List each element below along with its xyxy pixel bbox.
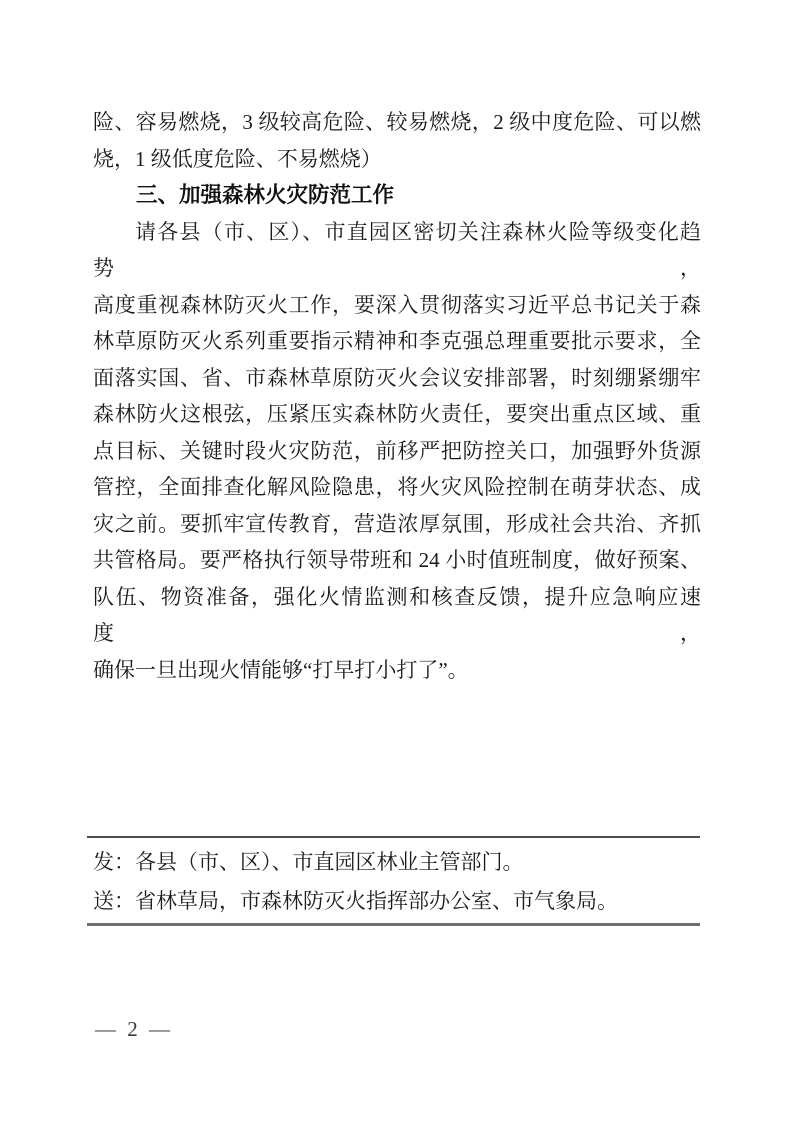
section-heading: 三、加强森林火灾防范工作	[93, 177, 701, 214]
footer-bottom-rule	[87, 923, 700, 926]
main-paragraph: 请各县（市、区）、市直园区密切关注森林火险等级变化趋势，高度重视森林防灭火工作，…	[93, 214, 701, 689]
distribution-cc-line: 送：省林草局，市森林防灭火指挥部办公室、市气象局。	[93, 882, 700, 921]
text-line: 高度重视森林防灭火工作，要深入贯彻落实习近平总书记关于森	[93, 287, 701, 324]
text-line: 点目标、关键时段火灾防范，前移严把防控关口，加强野外货源	[93, 433, 701, 470]
text-line: 灾之前。要抓牢宣传教育，营造浓厚氛围，形成社会共治、齐抓	[93, 506, 701, 543]
text-line: 确保一旦出现火情能够“打早打小打了”。	[93, 652, 701, 689]
text-line: 森林防火这根弦，压紧压实森林防火责任，要突出重点区域、重	[93, 396, 701, 433]
text-line: 险、容易燃烧，3 级较高危险、较易燃烧，2 级中度危险、可以燃	[93, 104, 701, 141]
footer-lines: 发：各县（市、区）、市直园区林业主管部门。 送：省林草局，市森林防灭火指挥部办公…	[87, 838, 700, 923]
continuation-paragraph: 险、容易燃烧，3 级较高危险、较易燃烧，2 级中度危险、可以燃烧，1 级低度危险…	[93, 104, 701, 177]
text-line: 共管格局。要严格执行领导带班和 24 小时值班制度，做好预案、	[93, 542, 701, 579]
document-page: 险、容易燃烧，3 级较高危险、较易燃烧，2 级中度危险、可以燃烧，1 级低度危险…	[0, 0, 793, 1122]
text-line: 请各县（市、区）、市直园区密切关注森林火险等级变化趋势，	[93, 214, 701, 287]
distribution-to-line: 发：各县（市、区）、市直园区林业主管部门。	[93, 843, 700, 882]
text-line: 林草原防灭火系列重要指示精神和李克强总理重要批示要求，全	[93, 323, 701, 360]
page-number: — 2 —	[95, 1017, 173, 1042]
text-line: 队伍、物资准备，强化火情监测和核查反馈，提升应急响应速度，	[93, 579, 701, 652]
distribution-block: 发：各县（市、区）、市直园区林业主管部门。 送：省林草局，市森林防灭火指挥部办公…	[87, 836, 700, 926]
text-line: 烧，1 级低度危险、不易燃烧）	[93, 141, 701, 178]
text-line: 面落实国、省、市森林草原防灭火会议安排部署，时刻绷紧绷牢	[93, 360, 701, 397]
text-line: 管控，全面排查化解风险隐患，将火灾风险控制在萌芽状态、成	[93, 469, 701, 506]
document-body: 险、容易燃烧，3 级较高危险、较易燃烧，2 级中度危险、可以燃烧，1 级低度危险…	[93, 104, 701, 688]
